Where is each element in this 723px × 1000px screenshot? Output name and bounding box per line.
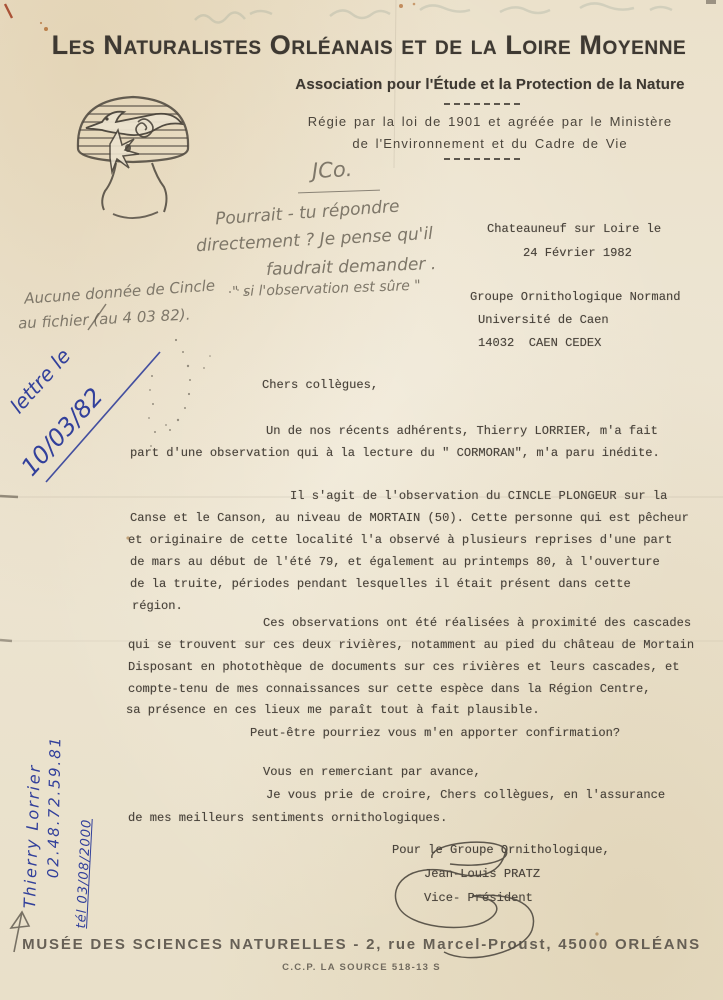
recipient-line-1: Groupe Ornithologique Normand <box>470 290 680 304</box>
initials-underline <box>298 190 380 194</box>
body-line: compte-tenu de mes connaissances sur cet… <box>128 682 651 696</box>
signature-org-line: Pour le Groupe Ornithologique, <box>392 843 610 857</box>
mushroom-bird-logo-icon <box>58 86 208 221</box>
pencil-note-line-3: faudrait demander . <box>266 254 437 280</box>
association-subtitle: Association pour l'Étude et la Protectio… <box>272 76 708 93</box>
place-line: Chateauneuf sur Loire le <box>487 222 661 236</box>
body-line: de la truite, périodes pendant lesquelle… <box>130 577 631 591</box>
salutation: Chers collègues, <box>262 378 378 392</box>
signature-title: Vice- Président <box>424 891 533 905</box>
association-title: Les Naturalistes Orléanais et de la Loir… <box>38 30 700 61</box>
law-line-2: de l'Environnement et du Cadre de Vie <box>272 133 708 155</box>
pencil-note-left-1: Aucune donnée de Cincle <box>24 276 216 307</box>
body-line: Il s'agit de l'observation du CINCLE PLO… <box>290 489 667 503</box>
dashed-rule-bottom <box>444 158 520 160</box>
law-line-1: Régie par la loi de 1901 et agréée par l… <box>272 111 708 133</box>
closing-line-2: Je vous prie de croire, Chers collègues,… <box>266 788 665 802</box>
pencil-note-line-1: Pourrait - tu répondre <box>215 197 401 230</box>
margin-vertical-tel: tél 03/08/2000 <box>74 818 95 928</box>
footer-ccp: C.C.P. LA SOURCE 518-13 S <box>0 962 723 973</box>
handwritten-initials: JCo. <box>311 157 353 183</box>
closing-line-3: de mes meilleurs sentiments ornithologiq… <box>128 811 447 825</box>
body-line: sa présence en ces lieux me paraît tout … <box>126 703 540 717</box>
signature-name: Jean-Louis PRATZ <box>424 867 540 881</box>
pencil-note-line-4: " si l'observation est sûre " <box>232 278 421 301</box>
law-lines: Régie par la loi de 1901 et agréée par l… <box>272 111 708 155</box>
body-line: Canse et le Canson, au niveau de MORTAIN… <box>130 511 689 525</box>
body-line: région. <box>132 599 183 613</box>
dashed-rule-top <box>444 103 520 105</box>
body-line: Un de nos récents adhérents, Thierry LOR… <box>266 424 658 438</box>
body-line: qui se trouvent sur ces deux rivières, n… <box>128 638 694 652</box>
footer-address: MUSÉE DES SCIENCES NATURELLES - 2, rue M… <box>0 936 723 953</box>
body-line: et originaire de cette localité l'a obse… <box>128 533 672 547</box>
recipient-line-2: Université de Caen <box>478 313 609 327</box>
body-line: Ces observations ont été réalisées à pro… <box>263 616 691 630</box>
pencil-note-left-2: au fichier (au 4 03 82). <box>18 306 191 333</box>
closing-line-1: Vous en remerciant par avance, <box>263 765 481 779</box>
body-line: part d'une observation qui à la lecture … <box>130 446 660 460</box>
pencil-note-line-2: directement ? Je pense qu'il <box>196 224 434 256</box>
margin-vertical-phone: 02.48.72.59.81 <box>44 736 64 879</box>
body-line: Disposant en photothèque de documents su… <box>128 660 680 674</box>
margin-vertical-name: Thierry Lorrier <box>20 763 44 908</box>
scanned-letter-page: Les Naturalistes Orléanais et de la Loir… <box>0 0 723 1000</box>
body-line: Peut-être pourriez vous m'en apporter co… <box>250 726 620 740</box>
recipient-line-3: 14032 CAEN CEDEX <box>478 336 601 350</box>
date-line: 24 Février 1982 <box>523 246 632 260</box>
body-line: de mars au début de l'été 79, et égaleme… <box>130 555 660 569</box>
